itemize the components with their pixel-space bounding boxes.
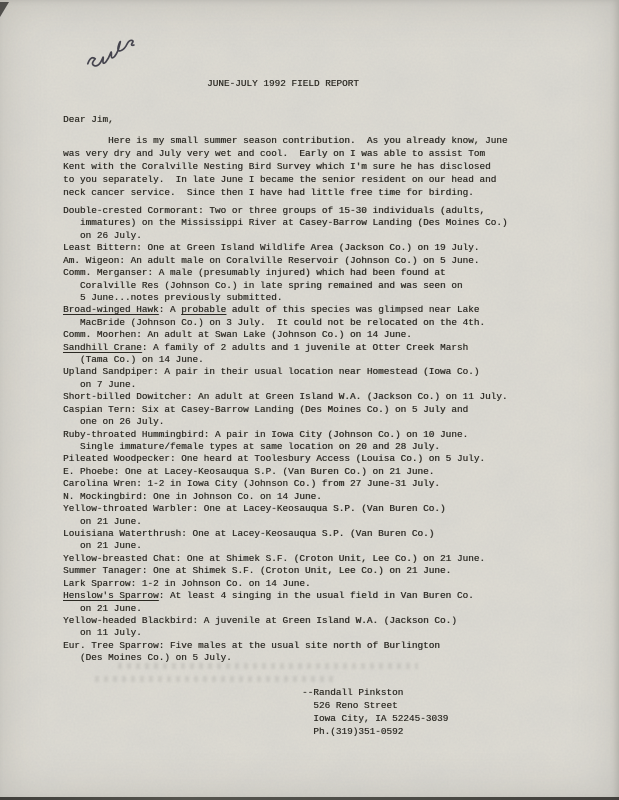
sighting-line: 5 June...notes previously submitted. — [63, 292, 507, 304]
sighting-entry: Henslow's Sparrow: At least 4 singing in… — [63, 590, 507, 615]
ink-ghost-smudge — [95, 676, 335, 682]
sighting-line: Pileated Woodpecker: One heard at Tooles… — [63, 453, 507, 465]
sighting-line: one on 26 July. — [63, 416, 507, 428]
sighting-entry: Lark Sparrow: 1-2 in Johnson Co. on 14 J… — [63, 578, 507, 590]
sighting-line: on 11 July. — [63, 627, 507, 639]
sighting-line: MacBride (Johnson Co.) on 3 July. It cou… — [63, 317, 507, 329]
sighting-entry: Upland Sandpiper: A pair in their usual … — [63, 366, 507, 391]
sighting-line: Yellow-headed Blackbird: A juvenile at G… — [63, 615, 507, 627]
sighting-entry: Yellow-headed Blackbird: A juvenile at G… — [63, 615, 507, 640]
sighting-line: N. Mockingbird: One in Johnson Co. on 14… — [63, 491, 507, 503]
intro-paragraph: Here is my small summer season contribut… — [63, 134, 507, 199]
sighting-entry: Carolina Wren: 1-2 in Iowa City (Johnson… — [63, 478, 507, 490]
intro-line: Here is my small summer season contribut… — [63, 134, 507, 147]
scan-corner-artifact — [0, 2, 9, 17]
sighting-entry: Yellow-throated Warbler: One at Lacey-Ke… — [63, 503, 507, 528]
sighting-entry: Double-crested Cormorant: Two or three g… — [63, 205, 507, 242]
signature-block: --Randall Pinkston 526 Reno Street Iowa … — [302, 686, 448, 738]
sighting-line: Carolina Wren: 1-2 in Iowa City (Johnson… — [63, 478, 507, 490]
sighting-line: Caspian Tern: Six at Casey-Barrow Landin… — [63, 404, 507, 416]
sightings-list: Double-crested Cormorant: Two or three g… — [63, 205, 507, 665]
sighting-line: Sandhill Crane: A family of 2 adults and… — [63, 342, 507, 354]
sighting-line: Short-billed Dowitcher: An adult at Gree… — [63, 391, 507, 403]
sighting-line: on 21 June. — [63, 540, 507, 552]
intro-line: Kent with the Coralville Nesting Bird Su… — [63, 160, 507, 173]
sighting-line: Yellow-throated Warbler: One at Lacey-Ke… — [63, 503, 507, 515]
sighting-entry: Broad-winged Hawk: A probable adult of t… — [63, 304, 507, 329]
sighting-entry: N. Mockingbird: One in Johnson Co. on 14… — [63, 491, 507, 503]
sighting-line: on 26 July. — [63, 230, 507, 242]
salutation: Dear Jim, — [63, 114, 114, 125]
sighting-line: Ruby-throated Hummingbird: A pair in Iow… — [63, 429, 507, 441]
sighting-entry: Sandhill Crane: A family of 2 adults and… — [63, 342, 507, 367]
signature-line: Ph.(319)351-0592 — [302, 725, 448, 738]
sighting-line: (Des Moines Co.) on 5 July. — [63, 652, 507, 664]
signature-line: --Randall Pinkston — [302, 686, 448, 699]
sighting-entry: Summer Tanager: One at Shimek S.F. (Crot… — [63, 565, 507, 577]
sighting-entry: Pileated Woodpecker: One heard at Tooles… — [63, 453, 507, 465]
sighting-line: Single immature/female types at same loc… — [63, 441, 507, 453]
sighting-line: Coralville Res (Johnson Co.) in late spr… — [63, 280, 507, 292]
handwritten-scribble — [78, 34, 142, 77]
field-report-page: JUNE-JULY 1992 FIELD REPORT Dear Jim, He… — [0, 0, 619, 800]
sighting-entry: Caspian Tern: Six at Casey-Barrow Landin… — [63, 404, 507, 429]
sighting-line: Comm. Merganser: A male (presumably inju… — [63, 267, 507, 279]
sighting-line: Double-crested Cormorant: Two or three g… — [63, 205, 507, 217]
sighting-line: Louisiana Waterthrush: One at Lacey-Keos… — [63, 528, 507, 540]
sighting-line: immatures) on the Mississippi River at C… — [63, 217, 507, 229]
sighting-line: Upland Sandpiper: A pair in their usual … — [63, 366, 507, 378]
sighting-line: E. Phoebe: One at Lacey-Keosauqua S.P. (… — [63, 466, 507, 478]
sighting-line: Least Bittern: One at Green Island Wildl… — [63, 242, 507, 254]
sighting-entry: Eur. Tree Sparrow: Five males at the usu… — [63, 640, 507, 665]
sighting-entry: Comm. Merganser: A male (presumably inju… — [63, 267, 507, 304]
sighting-entry: Ruby-throated Hummingbird: A pair in Iow… — [63, 429, 507, 454]
intro-line: neck cancer service. Since then I have h… — [63, 186, 507, 199]
sighting-line: on 7 June. — [63, 379, 507, 391]
sighting-line: on 21 June. — [63, 603, 507, 615]
sighting-line: on 21 June. — [63, 516, 507, 528]
sighting-entry: Louisiana Waterthrush: One at Lacey-Keos… — [63, 528, 507, 553]
intro-line: to you separately. In late June I became… — [63, 173, 507, 186]
sighting-line: Henslow's Sparrow: At least 4 singing in… — [63, 590, 507, 602]
sighting-entry: Comm. Moorhen: An adult at Swan Lake (Jo… — [63, 329, 507, 341]
sighting-entry: Am. Wigeon: An adult male on Coralville … — [63, 255, 507, 267]
sighting-line: Summer Tanager: One at Shimek S.F. (Crot… — [63, 565, 507, 577]
sighting-entry: Least Bittern: One at Green Island Wildl… — [63, 242, 507, 254]
sighting-line: Lark Sparrow: 1-2 in Johnson Co. on 14 J… — [63, 578, 507, 590]
sighting-line: Eur. Tree Sparrow: Five males at the usu… — [63, 640, 507, 652]
sighting-line: Broad-winged Hawk: A probable adult of t… — [63, 304, 507, 316]
sighting-line: Am. Wigeon: An adult male on Coralville … — [63, 255, 507, 267]
signature-line: Iowa City, IA 52245-3039 — [302, 712, 448, 725]
sighting-entry: Yellow-breasted Chat: One at Shimek S.F.… — [63, 553, 507, 565]
sighting-line: Comm. Moorhen: An adult at Swan Lake (Jo… — [63, 329, 507, 341]
intro-line: was very dry and July very wet and cool.… — [63, 147, 507, 160]
report-title: JUNE-JULY 1992 FIELD REPORT — [207, 78, 359, 89]
sighting-entry: Short-billed Dowitcher: An adult at Gree… — [63, 391, 507, 403]
signature-line: 526 Reno Street — [302, 699, 448, 712]
sighting-line: Yellow-breasted Chat: One at Shimek S.F.… — [63, 553, 507, 565]
sighting-line: (Tama Co.) on 14 June. — [63, 354, 507, 366]
sighting-entry: E. Phoebe: One at Lacey-Keosauqua S.P. (… — [63, 466, 507, 478]
